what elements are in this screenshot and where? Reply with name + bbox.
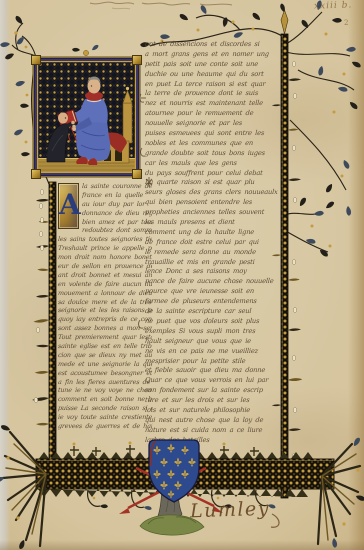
text-line: ture et sur les drois et sur les — [145, 396, 286, 406]
text-line: pource que vre ieunesse soit en — [145, 287, 286, 297]
text-line: pance de faire aucune chose nouuelle — [145, 277, 286, 287]
collector-inscription: Lumley — [190, 498, 271, 523]
cropped-header-inscription — [90, 2, 232, 9]
text-line: de la sainte escripture car seul — [145, 307, 286, 317]
text-line: atournee pour le remuement de — [145, 109, 286, 119]
text-line: au iour duy par lor — [82, 200, 153, 209]
mid-right-cluster — [284, 197, 335, 259]
text-line: car les mauls que les gens — [145, 159, 286, 169]
top-left-vine — [0, 15, 99, 60]
text-line: ant droit bonnet et mesui an en — [58, 271, 153, 280]
text-line: sainte eglise est en telle tribula — [58, 342, 153, 351]
text-line: lence Donc a ses raisons moy — [145, 267, 286, 277]
text-line: larbre des batailles — [145, 436, 286, 446]
text-line: son fondement sur la sainte escrip — [145, 386, 286, 396]
folio-note: 2 — [344, 19, 348, 27]
text-line: eur de sellon en prouence demour — [58, 262, 153, 271]
illuminated-initial: A — [58, 183, 79, 229]
text-column-left: A la sainte couronne defrance en la quel… — [58, 182, 152, 431]
text-line: de france doit estre celui par qui — [145, 238, 286, 248]
text-line: a mort grans gens et en nomer ung — [145, 50, 286, 60]
text-line: en volente de faire aucun liure pour — [58, 280, 153, 289]
bottom-border-bar — [36, 452, 334, 497]
text-line: puisse La seconde raison si est quar — [58, 404, 153, 413]
text-column-right: ont de dissencions et discordes sia mort… — [145, 40, 285, 446]
text-line: lois et sur naturele philosophie — [145, 406, 286, 416]
text-line: formee de pluseurs entendemens — [145, 297, 286, 307]
text-line: les mauls presens et dient — [145, 218, 286, 228]
text-line: trauaillie et mis en grande pesti — [145, 258, 286, 268]
text-line: mede et une seignorie la quelle — [58, 360, 153, 369]
text-line: qui bien pensoient entendre les — [145, 198, 286, 208]
text-line: nobles et les communes que en — [145, 139, 286, 149]
text-line: Treshault prince ie appelle par — [58, 244, 153, 253]
tree-trunk — [158, 470, 182, 521]
text-line: mouement a lonnour de dieu et de — [58, 289, 153, 298]
text-line: mesprisier pour la petite stile — [145, 357, 286, 367]
text-line: exemples Si vous supli mon tres — [145, 327, 286, 337]
text-line: nez et nourris est maintenant telle — [145, 99, 286, 109]
text-line: ont de dissencions et discordes si — [145, 40, 286, 50]
text-line: du pays souffrent pour celui debat — [145, 169, 286, 179]
text-line: redoubtez dont somme gardee et — [82, 226, 153, 235]
text-line: qui nest autre chose que la loy de — [145, 416, 286, 426]
text-line: quoy iay entrepris de ce con faire — [58, 315, 153, 324]
text-line: cion que se dieux ny met aultre re — [58, 351, 153, 360]
text-line: nouuelle seignorie et par les — [145, 119, 286, 129]
inscription-flourish — [271, 514, 279, 527]
text-line: La quarte raison si est quar plu — [145, 178, 286, 188]
page-edge-left — [0, 0, 10, 550]
text-line: puises esmeuees qui sont entre les — [145, 129, 286, 139]
text-line: propheties anciennes telles souvent — [145, 208, 286, 218]
text-line: petit pais soit une conte soit une — [145, 60, 286, 70]
frame-corner-icon — [133, 170, 141, 178]
text-line: ie voy toute sainte crestiente aussi — [58, 413, 153, 422]
page-edge-right — [348, 0, 364, 550]
text-line: sont assez bonnes a mon semblant — [58, 324, 153, 333]
frame-corner-icon — [133, 56, 141, 64]
miniature-scene — [37, 61, 136, 173]
text-line: grande doubte soit tous bons iuges — [145, 149, 286, 159]
frame-corner-icon — [32, 170, 40, 178]
text-line: comment en soit bonne ne brief auoir — [58, 395, 153, 404]
text-line: ne puet que vos doleurs soit plus — [145, 317, 286, 327]
text-line: les sains toutes seignories tiennent — [58, 235, 153, 244]
text-line: en puet La terce raison si est quar — [145, 80, 286, 90]
text-line: est acoustumee besongner et mettre — [58, 369, 153, 378]
page-edge-bottom — [0, 540, 364, 550]
text-line: donnance de dieu regne Charles li — [82, 209, 153, 218]
text-line: la terre de prouence dont ie suis — [145, 89, 286, 99]
text-line: Tout premierement quar lestat de — [58, 333, 153, 342]
text-line: la sainte couronne de — [82, 182, 153, 191]
text-line: comment ung de la haulte ligne — [145, 228, 286, 238]
text-line: ne vis en ce pais ne me vueilliez — [145, 347, 286, 357]
text-line: et fieble sauoir que dieu ma donne — [145, 366, 286, 376]
text-line: Quar ce que vous verrois en lui par — [145, 376, 286, 386]
left-border-bar — [32, 182, 56, 462]
text-line: seurs gloses des grans clers nouueaulx — [145, 188, 286, 198]
text-line: le remede sera donne au monde — [145, 248, 286, 258]
frame-corner-icon — [32, 56, 40, 64]
text-line: france en la quelle — [82, 191, 153, 200]
manuscript-page: xxiii b. 2 — [0, 0, 364, 550]
text-line: mon droit nom honore bonet pri — [58, 253, 153, 262]
text-line: nature est si cuida nom a ce liure — [145, 426, 286, 436]
text-line: hault seigneur que vous que ie — [145, 337, 286, 347]
folio-mark: xxiii b. — [314, 0, 353, 11]
presentation-miniature — [33, 57, 140, 177]
right-column-lines: ont de dissencions et discordes sia mort… — [145, 40, 285, 446]
text-line: grevees de guerres et de haines de lune — [58, 422, 153, 431]
france-ancient-shield — [149, 440, 199, 502]
text-line: duchie ou une heaume qui du sort — [145, 70, 286, 80]
